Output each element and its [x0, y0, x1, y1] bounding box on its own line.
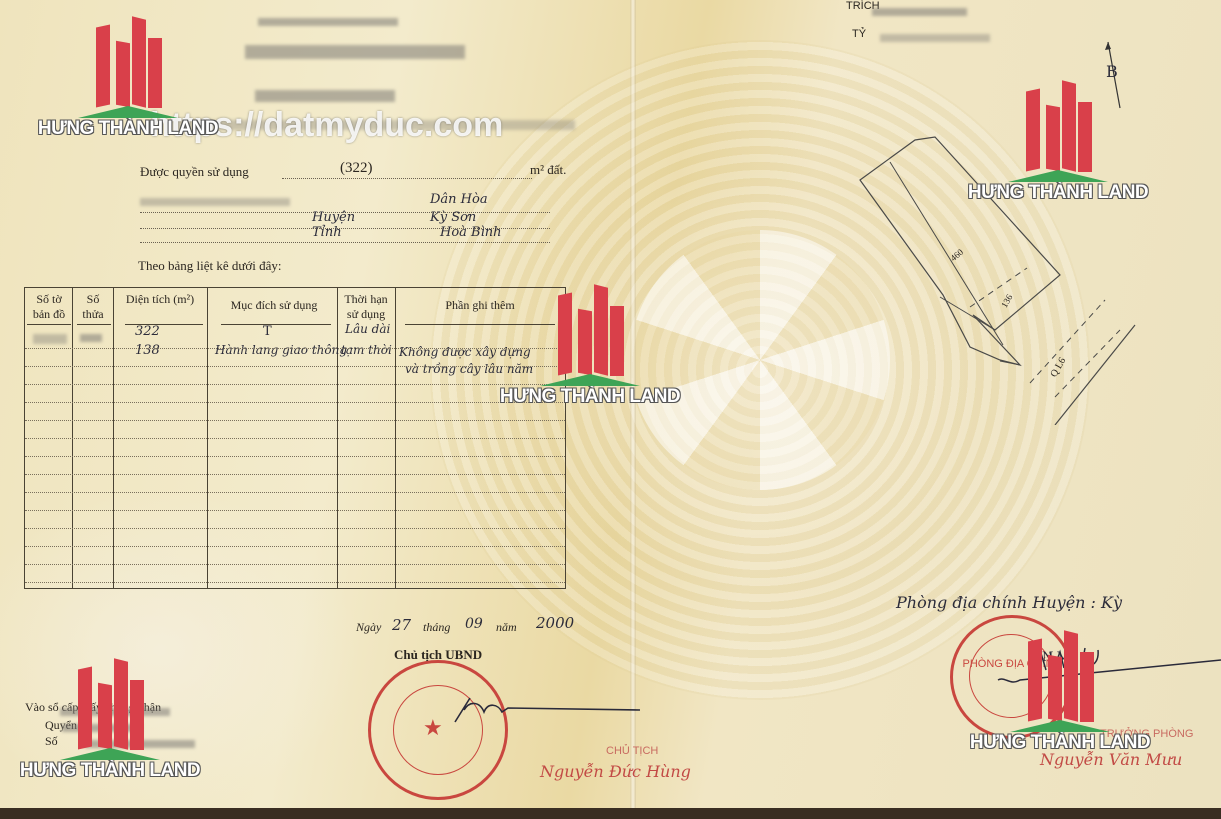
header-underline [405, 324, 555, 325]
province-label: Tỉnh [312, 225, 342, 240]
redacted-text [255, 90, 395, 102]
cell-notes: và trồng cây lâu năm [405, 362, 533, 376]
header-underline [221, 324, 331, 325]
cell-area: 322 [135, 324, 160, 339]
day-label: Ngày [356, 620, 381, 635]
parcel-sketch [855, 135, 1145, 425]
cell-duration: Lâu dài [345, 322, 390, 336]
land-parcel-table: Số tờ bản đồ Số thửa Diện tích (m²) Mục … [24, 287, 566, 589]
cell-purpose: Hành lang giao thông [215, 343, 347, 357]
row-rule [25, 366, 565, 367]
header-notes: Phần ghi thêm [405, 298, 555, 313]
day-value: 27 [392, 616, 411, 634]
redacted-text [880, 34, 990, 42]
redacted-text [258, 18, 398, 26]
header-underline [77, 324, 111, 325]
drum-star-pattern [630, 230, 890, 490]
star-emblem-icon: ★ [423, 715, 443, 741]
header-area: Diện tích (m²) [125, 292, 195, 307]
redacted-text [62, 724, 142, 732]
header-underline [27, 324, 71, 325]
year-value: 2000 [536, 614, 574, 632]
page-fold [630, 0, 636, 808]
usage-unit: m² đất. [530, 162, 566, 178]
signature-initials: N.M [1042, 650, 1070, 665]
redacted-text [245, 45, 465, 59]
redacted-text [60, 708, 170, 716]
table-intro: Theo bảng liệt kê dưới đây: [138, 258, 282, 274]
scale-label: TỶ [852, 28, 866, 40]
office-note: Phòng địa chính Huyện : Kỳ [896, 593, 1122, 612]
row-rule [25, 420, 565, 421]
dotted-line [282, 178, 532, 179]
month-label: tháng [423, 620, 450, 635]
header-map-sheet: Số tờ bản đồ [27, 292, 71, 322]
redacted-text [140, 198, 290, 206]
row-rule [25, 438, 565, 439]
chairman-signature [450, 690, 650, 730]
north-label: B [1106, 62, 1118, 81]
chairman-role: CHỦ TỊCH [606, 745, 658, 757]
office-signature [990, 640, 1221, 700]
row-rule [25, 456, 565, 457]
commune-value: Dân Hòa [430, 192, 488, 207]
office-signer-role: TRƯỞNG PHÒNG [1100, 728, 1193, 740]
row-rule [25, 510, 565, 511]
row-rule [25, 582, 565, 583]
row-rule [25, 528, 565, 529]
month-value: 09 [465, 616, 483, 632]
row-rule [25, 492, 565, 493]
district-value: Kỳ Sơn [430, 210, 476, 225]
cell-duration: tạm thời [341, 343, 392, 357]
row-rule [25, 348, 565, 349]
district-stamp: ★ [368, 660, 508, 800]
redacted-text [872, 8, 967, 16]
redacted-text [85, 740, 195, 748]
district-label: Huyện [312, 210, 355, 225]
redacted-map-sheet [33, 334, 67, 344]
row-rule [25, 564, 565, 565]
province-value: Hoà Bình [440, 225, 502, 240]
header-parcel-number: Số thửa [75, 292, 111, 322]
cell-area: 138 [135, 343, 160, 358]
certificate-paper: Được quyền sử dụng (322) m² đất. Dân Hòa… [0, 0, 1221, 808]
registry-number-label: Số [45, 734, 58, 749]
header-purpose: Mục đích sử dụng [215, 298, 333, 313]
brand-logo-icon [88, 18, 168, 118]
chairman-name: Nguyễn Đức Hùng [540, 762, 691, 781]
office-signer-name: Nguyễn Văn Mưu [1040, 750, 1182, 769]
usage-area: (322) [340, 160, 373, 177]
brand-watermark: HƯNG THÀNH LAND [10, 660, 210, 782]
dotted-line [140, 242, 550, 243]
header-duration: Thời hạn sử dụng [339, 292, 393, 322]
watermark-url: https://datmyduc.com [150, 106, 503, 145]
cell-purpose: T [263, 324, 272, 339]
row-rule [25, 546, 565, 547]
row-rule [25, 474, 565, 475]
row-rule [25, 384, 565, 385]
row-rule [25, 402, 565, 403]
brand-name: HƯNG THÀNH LAND [10, 760, 210, 782]
usage-right-label: Được quyền sử dụng [140, 164, 249, 180]
year-label: năm [496, 620, 517, 635]
redacted-parcel-number [80, 334, 102, 342]
